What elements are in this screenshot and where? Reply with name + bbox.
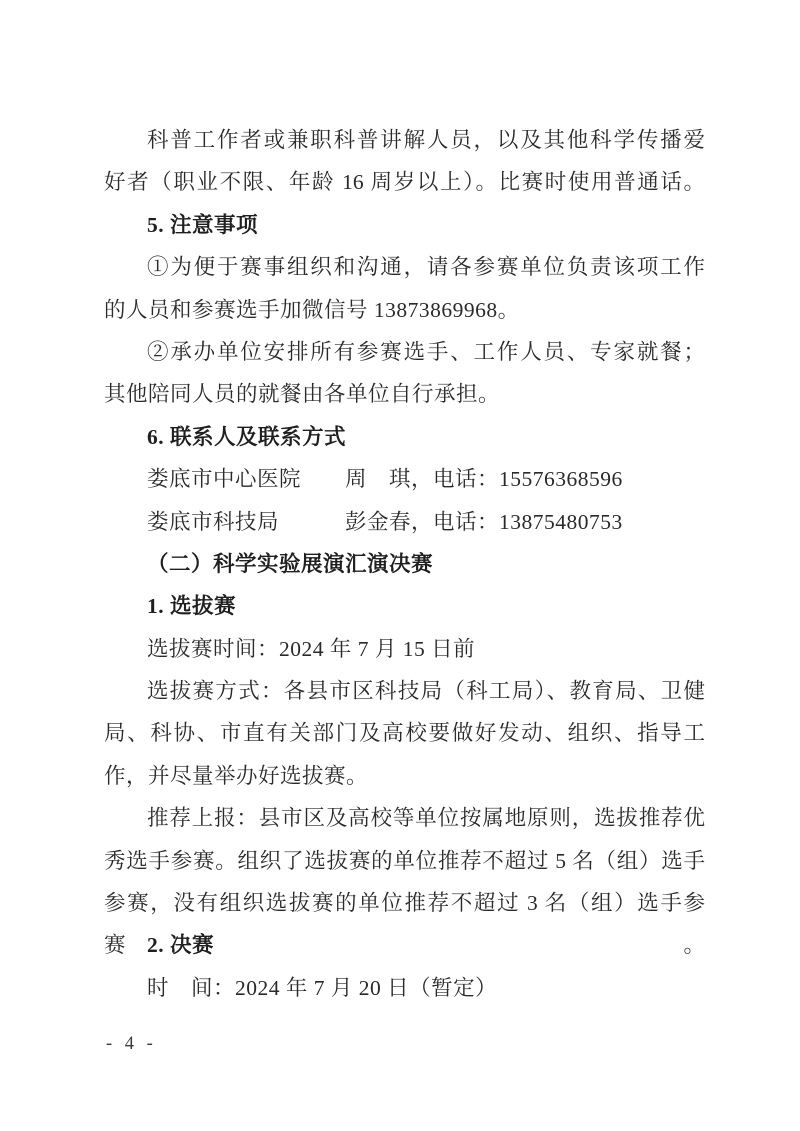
section-heading-experiment-finals: （二）科学实验展演汇演决赛 (104, 543, 705, 585)
body-line: 好者（职业不限、年龄 16 周岁以上）。比赛时使用普通话。 (104, 161, 705, 203)
page-number: - 4 - (106, 1032, 157, 1056)
heading-notes: 5. 注意事项 (104, 204, 705, 246)
contact-line-science-bureau: 娄底市科技局 彭金春，电话：13875480753 (104, 501, 705, 543)
body-line-recommendation: 推荐上报：县市区及高校等单位按属地原则，选拔推荐优 (104, 797, 705, 839)
document-page: 科普工作者或兼职科普讲解人员，以及其他科学传播爱 好者（职业不限、年龄 16 周… (0, 0, 800, 1131)
body-line: 的人员和参赛选手加微信号 13873869968。 (104, 289, 705, 331)
body-line: 秀选手参赛。组织了选拔赛的单位推荐不超过 5 名（组）选手 (104, 840, 705, 882)
contact-line-hospital: 娄底市中心医院 周 琪，电话：15576368596 (104, 458, 705, 500)
body-line: 局、科协、市直有关部门及高校要做好发动、组织、指导工 (104, 712, 705, 754)
body-line: 科普工作者或兼职科普讲解人员，以及其他科学传播爱 (104, 119, 705, 161)
body-line-final-time: 时 间：2024 年 7 月 20 日（暂定） (104, 967, 705, 1009)
body-line-note-2: ②承办单位安排所有参赛选手、工作人员、专家就餐； (104, 331, 705, 373)
body-line-selection-time: 选拔赛时间：2024 年 7 月 15 日前 (104, 628, 705, 670)
heading-contacts: 6. 联系人及联系方式 (104, 416, 705, 458)
body-line-selection-method: 选拔赛方式：各县市区科技局（科工局）、教育局、卫健 (104, 670, 705, 712)
body-line: 参赛，没有组织选拔赛的单位推荐不超过 3 名（组）选手参赛。 (104, 882, 705, 924)
heading-selection-round: 1. 选拔赛 (104, 585, 705, 627)
body-line: 作，并尽量举办好选拔赛。 (104, 755, 705, 797)
body-line-note-1: ①为便于赛事组织和沟通，请各参赛单位负责该项工作 (104, 246, 705, 288)
body-line: 其他陪同人员的就餐由各单位自行承担。 (104, 373, 705, 415)
document-body: 科普工作者或兼职科普讲解人员，以及其他科学传播爱 好者（职业不限、年龄 16 周… (104, 119, 705, 1009)
